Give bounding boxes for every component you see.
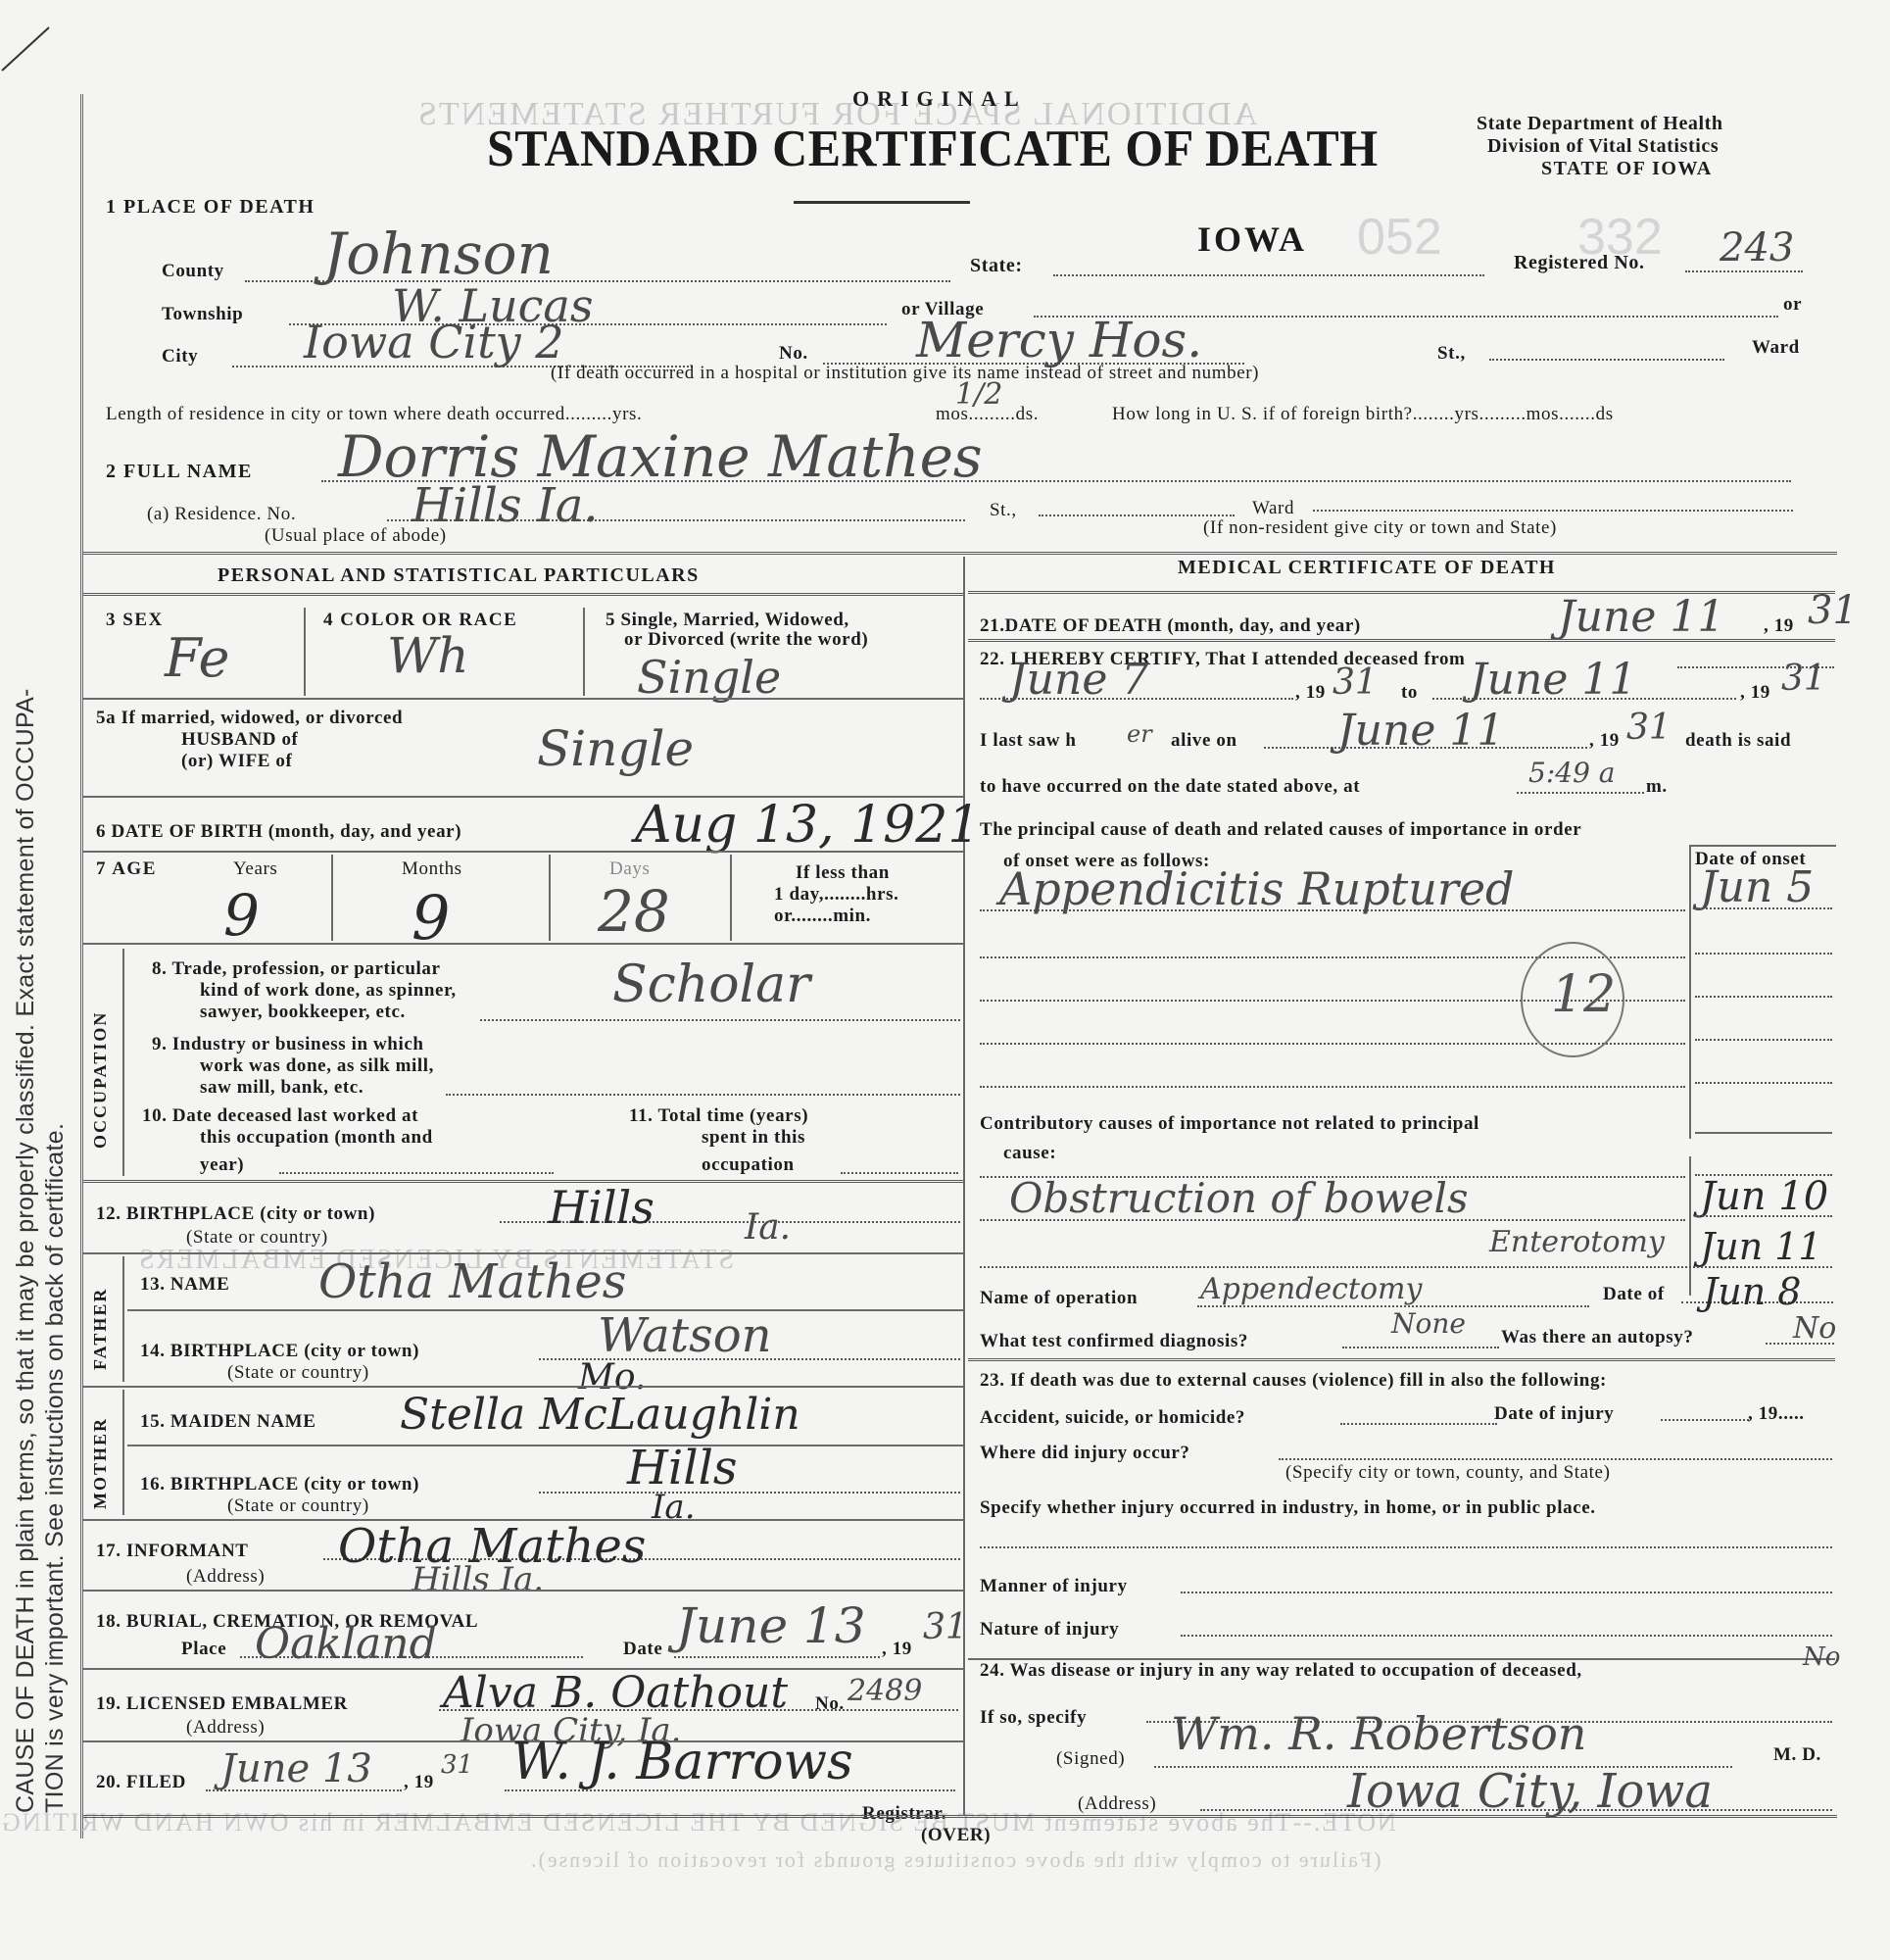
principal-cause-label-1: The principal cause of death and related… xyxy=(980,819,1581,841)
contributory-label-1: Contributory causes of importance not re… xyxy=(980,1113,1479,1135)
residence-ward-label: Ward xyxy=(1252,498,1294,519)
age-days-label: Days xyxy=(609,858,650,880)
where-injury-label: Where did injury occur? xyxy=(980,1443,1190,1464)
rule-after-informant xyxy=(83,1590,963,1592)
contributory-onset-line-2 xyxy=(1695,1215,1832,1217)
mother-side-label: MOTHER xyxy=(90,1417,111,1509)
last-saw-year-prefix: , 19 xyxy=(1589,730,1620,752)
less-than-label-1: If less than xyxy=(796,862,890,884)
age-years-label: Years xyxy=(233,858,277,880)
to-label: to xyxy=(1401,682,1418,704)
q8-field-line xyxy=(480,1019,960,1021)
burial-year-prefix: , 19 xyxy=(882,1639,912,1660)
rule-after-father xyxy=(83,1386,963,1388)
mother-birthplace-label: 16. BIRTHPLACE (city or town) xyxy=(140,1474,419,1495)
contributory-cause-1[interactable]: Obstruction of bowels xyxy=(1009,1174,1469,1222)
principal-onset-value[interactable]: Jun 5 xyxy=(1700,862,1814,912)
onset-column-divider xyxy=(1689,845,1691,1139)
injury-date-field-line xyxy=(1661,1419,1749,1421)
occupation-side-label: OCCUPATION xyxy=(90,1011,111,1149)
form-bottom-rule xyxy=(83,1815,1837,1818)
where-injury-field-line xyxy=(1279,1458,1832,1460)
registered-no-value[interactable]: 243 xyxy=(1720,225,1794,270)
burial-date-value[interactable]: June 13 xyxy=(676,1597,866,1654)
rule-after-occupation xyxy=(83,1180,963,1183)
medical-heading: MEDICAL CERTIFICATE OF DEATH xyxy=(1178,557,1556,579)
hospital-note: (If death occurred in a hospital or inst… xyxy=(551,363,1259,384)
operation-date-label: Date of xyxy=(1603,1284,1665,1305)
physician-address-value[interactable]: Iowa City, Iowa xyxy=(1347,1764,1713,1819)
embalmer-no-label: No. xyxy=(815,1693,845,1715)
autopsy-label: Was there an autopsy? xyxy=(1501,1327,1693,1348)
contributory-onset-2[interactable]: Jun 11 xyxy=(1700,1225,1822,1268)
residence-length-label: Length of residence in city or town wher… xyxy=(106,404,642,425)
time-field-line xyxy=(1517,792,1644,794)
informant-address-label: (Address) xyxy=(186,1566,265,1588)
contributory-onset-rule xyxy=(1695,1132,1832,1134)
physician-address-label: (Address) xyxy=(1078,1793,1156,1815)
mother-birthplace-field-line xyxy=(539,1492,960,1494)
to-year-prefix: , 19 xyxy=(1740,682,1770,704)
onset-line-3 xyxy=(1695,996,1832,998)
form-left-border xyxy=(80,94,83,1838)
onset-line-1 xyxy=(1695,907,1832,909)
age-label: 7 AGE xyxy=(96,858,157,880)
state-iowa-stamp: IOWA xyxy=(1197,219,1307,260)
from-year-prefix: , 19 xyxy=(1295,682,1326,704)
death-said-label: death is said xyxy=(1685,730,1791,752)
cause-line-1 xyxy=(980,909,1685,911)
state-label: State: xyxy=(970,255,1023,277)
contributory-onset-1[interactable]: Jun 10 xyxy=(1700,1174,1828,1219)
or-label: or xyxy=(1783,294,1802,316)
dod-value[interactable]: June 11 xyxy=(1558,592,1724,642)
specify-place-field-line xyxy=(980,1546,1832,1548)
race-value[interactable]: Wh xyxy=(387,627,469,684)
onset-column-divider-2 xyxy=(1689,1156,1691,1296)
last-saw-label: I last saw h xyxy=(980,730,1077,752)
test-value[interactable]: None xyxy=(1391,1307,1466,1340)
nature-injury-label: Nature of injury xyxy=(980,1619,1119,1641)
birthplace-city-value[interactable]: Hills xyxy=(549,1181,654,1234)
q9-line3: saw mill, bank, etc. xyxy=(200,1077,363,1099)
q11-line3: occupation xyxy=(702,1154,795,1176)
residence-ward-field-line xyxy=(1313,510,1793,512)
filed-label: 20. FILED xyxy=(96,1772,186,1793)
q11-line1: 11. Total time (years) xyxy=(629,1105,808,1127)
bleed-through-footer2: (Failure to comply with the above consti… xyxy=(529,1847,1381,1873)
burial-place-label: Place xyxy=(181,1639,226,1660)
operation-value[interactable]: Appendectomy xyxy=(1200,1272,1422,1306)
dod-year-prefix: , 19 xyxy=(1764,615,1794,637)
accident-field-line xyxy=(1340,1423,1497,1425)
corner-pen-mark xyxy=(0,20,59,78)
mother-side-divider xyxy=(122,1390,124,1515)
age-divider-1 xyxy=(331,855,333,941)
registrar-signature[interactable]: W. J. Barrows xyxy=(511,1733,853,1791)
age-days-value[interactable]: 28 xyxy=(598,878,670,945)
manner-injury-label: Manner of injury xyxy=(980,1576,1128,1597)
q9-line1: 9. Industry or business in which xyxy=(152,1034,424,1055)
foreign-birth-label: How long in U. S. if of foreign birth?..… xyxy=(1112,404,1614,425)
filed-year-value[interactable]: 31 xyxy=(441,1750,473,1780)
contributory-cause-2[interactable]: Enterotomy xyxy=(1489,1225,1665,1259)
cause-line-5 xyxy=(980,1086,1685,1088)
filed-year-prefix: , 19 xyxy=(404,1772,434,1793)
dod-label: 21.DATE OF DEATH (month, day, and year) xyxy=(980,615,1361,637)
q11-field-line xyxy=(841,1172,958,1174)
original-label: ORIGINAL xyxy=(852,86,1027,112)
accident-label: Accident, suicide, or homicide? xyxy=(980,1407,1245,1429)
dept-line3: STATE OF IOWA xyxy=(1541,158,1713,180)
occupation-related-label: 24. Was disease or injury in any way rel… xyxy=(980,1660,1582,1682)
circled-code-value: 12 xyxy=(1551,965,1616,1024)
race-marital-divider xyxy=(583,608,585,696)
signed-label: (Signed) xyxy=(1056,1748,1125,1770)
father-birthplace-label: 14. BIRTHPLACE (city or town) xyxy=(140,1341,419,1362)
rule-after-age xyxy=(83,943,963,945)
institution-value[interactable]: Mercy Hos. xyxy=(916,312,1202,368)
county-value[interactable]: Johnson xyxy=(323,220,554,287)
burial-date-label: Date xyxy=(623,1639,662,1660)
full-name-label: 2 FULL NAME xyxy=(106,461,253,483)
registrar-label: Registrar. xyxy=(862,1803,946,1825)
onset-line-4 xyxy=(1695,1039,1832,1041)
dob-label: 6 DATE OF BIRTH (month, day, and year) xyxy=(96,821,461,843)
specify-place-label: Specify whether injury occurred in indus… xyxy=(980,1497,1596,1519)
q9-line2: work was done, as silk mill, xyxy=(200,1055,434,1077)
onset-header-rule xyxy=(1689,845,1836,847)
place-of-death-label: 1 PLACE OF DEATH xyxy=(106,196,315,219)
sex-race-divider xyxy=(304,608,306,696)
time-value[interactable]: 5:49 a xyxy=(1528,757,1615,789)
occupation-side-divider xyxy=(122,949,124,1176)
ward-label: Ward xyxy=(1752,337,1800,359)
personal-heading: PERSONAL AND STATISTICAL PARTICULARS xyxy=(218,564,700,587)
less-than-label-2: 1 day,........hrs. xyxy=(774,884,898,906)
county-label: County xyxy=(162,261,224,282)
section-divider xyxy=(83,552,1837,555)
test-field-line xyxy=(1342,1347,1499,1348)
mother-maiden-label: 15. MAIDEN NAME xyxy=(140,1411,315,1433)
street-label: St., xyxy=(1437,343,1466,365)
burial-year-value[interactable]: 31 xyxy=(923,1607,968,1647)
informant-address-value[interactable]: Hills Ia. xyxy=(412,1560,544,1599)
margin-note-line2: TION is very important. See instructions… xyxy=(41,1123,70,1813)
sex-value[interactable]: Fe xyxy=(165,627,229,689)
mother-maiden-value[interactable]: Stella McLaughlin xyxy=(400,1390,800,1440)
residence-mos-ds-label: mos.........ds. xyxy=(936,404,1039,425)
street-field-line xyxy=(1489,359,1724,361)
faint-stamp-number-1: 052 xyxy=(1357,208,1442,267)
age-years-value[interactable]: 9 xyxy=(223,882,260,949)
title-underline xyxy=(794,201,970,204)
q9-field-line xyxy=(446,1094,960,1096)
sex-label: 3 SEX xyxy=(106,610,164,631)
occurred-at-label: to have occurred on the date stated abov… xyxy=(980,776,1360,798)
onset-line-2 xyxy=(1695,953,1832,955)
spouse-value[interactable]: Single xyxy=(537,720,694,777)
embalmer-no-value[interactable]: 2489 xyxy=(848,1674,922,1708)
injury-year-label: , 19..... xyxy=(1748,1403,1805,1425)
operation-date-value[interactable]: Jun 8 xyxy=(1703,1270,1801,1313)
margin-note-line1: CAUSE OF DEATH in plain terms, so that i… xyxy=(12,688,40,1813)
occupation-related-value[interactable]: No xyxy=(1803,1642,1840,1672)
q10-line2: this occupation (month and xyxy=(200,1127,433,1149)
abode-note: (Usual place of abode) xyxy=(265,525,447,547)
informant-label: 17. INFORMANT xyxy=(96,1541,249,1562)
nonresident-note: (If non-resident give city or town and S… xyxy=(1203,517,1557,539)
age-divider-2 xyxy=(549,855,551,941)
nature-injury-field-line xyxy=(1181,1635,1832,1637)
last-saw-year[interactable]: 31 xyxy=(1626,708,1672,748)
last-saw-pronoun[interactable]: er xyxy=(1127,720,1152,748)
state-field-line xyxy=(1053,274,1484,276)
q8-line1: 8. Trade, profession, or particular xyxy=(152,958,441,980)
q10-line3: year) xyxy=(200,1154,244,1176)
over-label: (OVER) xyxy=(921,1825,991,1846)
injury-date-label: Date of injury xyxy=(1494,1403,1614,1425)
residence-label: (a) Residence. No. xyxy=(147,504,296,525)
spouse-label-1: 5a If married, widowed, or divorced xyxy=(96,708,403,729)
city-value[interactable]: Iowa City 2 xyxy=(304,316,564,368)
occupation-value[interactable]: Scholar xyxy=(612,955,810,1014)
registered-field-line xyxy=(1685,270,1803,272)
father-name-value[interactable]: Otha Mathes xyxy=(318,1254,626,1309)
personal-heading-rule xyxy=(83,593,963,596)
marital-label-1: 5 Single, Married, Widowed, xyxy=(606,610,849,631)
residence-st-label: St., xyxy=(990,500,1017,521)
rule-after-sex xyxy=(83,698,963,700)
spouse-label-2: HUSBAND of xyxy=(181,729,298,751)
q11-line2: spent in this xyxy=(702,1127,805,1149)
burial-date-field-line xyxy=(674,1656,880,1658)
if-so-label: If so, specify xyxy=(980,1707,1087,1729)
certificate-title: STANDARD CERTIFICATE OF DEATH xyxy=(487,119,1379,178)
father-birthplace-sublabel: (State or country) xyxy=(227,1362,369,1384)
father-side-label: FATHER xyxy=(90,1288,111,1370)
attended-to-value[interactable]: June 11 xyxy=(1470,655,1636,705)
to-year[interactable]: 31 xyxy=(1781,659,1826,699)
rule-after-dob xyxy=(83,851,963,853)
street-no-label: No. xyxy=(779,343,808,365)
filed-date-value[interactable]: June 13 xyxy=(220,1746,372,1791)
spouse-label-3: (or) WIFE of xyxy=(181,751,292,772)
birthplace-state-value[interactable]: Ia. xyxy=(745,1207,791,1248)
burial-place-value[interactable]: Oakland xyxy=(255,1619,437,1669)
autopsy-value[interactable]: No xyxy=(1793,1311,1836,1346)
physician-signature[interactable]: Wm. R. Robertson xyxy=(1171,1707,1586,1760)
age-divider-3 xyxy=(730,855,732,941)
test-label: What test confirmed diagnosis? xyxy=(980,1331,1248,1352)
attended-from-value[interactable]: June 7 xyxy=(1009,655,1148,705)
dept-line2: Division of Vital Statistics xyxy=(1487,135,1719,158)
rule-after-mother-name xyxy=(127,1445,963,1446)
q10-line1: 10. Date deceased last worked at xyxy=(142,1105,418,1127)
mother-birthplace-sublabel: (State or country) xyxy=(227,1495,369,1517)
rule-after-father-name xyxy=(127,1309,963,1311)
operation-label: Name of operation xyxy=(980,1288,1138,1309)
md-label: M. D. xyxy=(1773,1744,1821,1766)
rule-before-external xyxy=(968,1358,1835,1361)
age-months-label: Months xyxy=(402,858,462,880)
father-name-label: 13. NAME xyxy=(140,1274,229,1296)
registered-no-label: Registered No. xyxy=(1514,252,1645,274)
where-injury-note: (Specify city or town, county, and State… xyxy=(1285,1462,1611,1484)
embalmer-address-label: (Address) xyxy=(186,1717,265,1739)
q8-line2: kind of work done, as spinner, xyxy=(200,980,457,1002)
dob-value[interactable]: Aug 13, 1921 xyxy=(635,796,980,855)
marital-value[interactable]: Single xyxy=(637,651,781,704)
embalmer-label: 19. LICENSED EMBALMER xyxy=(96,1693,348,1715)
contributory-line-2 xyxy=(980,1219,1685,1221)
marital-label-2: or Divorced (write the word) xyxy=(624,629,868,651)
contributory-label-2: cause: xyxy=(1003,1143,1056,1164)
city-label: City xyxy=(162,346,198,367)
manner-injury-field-line xyxy=(1181,1592,1832,1593)
birthplace-sublabel: (State or country) xyxy=(186,1227,328,1249)
q8-line3: sawyer, bookkeeper, etc. xyxy=(200,1002,406,1023)
less-than-label-3: or........min. xyxy=(774,906,871,927)
township-label: Township xyxy=(162,304,243,325)
father-side-divider xyxy=(122,1256,124,1382)
last-saw-value[interactable]: June 11 xyxy=(1337,706,1504,756)
q10-field-line xyxy=(279,1172,554,1174)
dod-year[interactable]: 31 xyxy=(1808,588,1858,633)
m-label: m. xyxy=(1646,776,1668,798)
from-year[interactable]: 31 xyxy=(1333,662,1378,703)
external-causes-label: 23. If death was due to external causes … xyxy=(980,1370,1607,1392)
alive-on-label: alive on xyxy=(1171,730,1237,752)
principal-cause-value[interactable]: Appendicitis Ruptured xyxy=(999,862,1515,915)
bleed-through-footer1: NOTE.--The above statement MUST BE SIGNE… xyxy=(0,1808,1396,1837)
father-birthplace-city[interactable]: Watson xyxy=(598,1308,772,1363)
onset-line-5 xyxy=(1695,1082,1832,1084)
dept-line1: State Department of Health xyxy=(1477,113,1723,135)
contributory-line-3 xyxy=(980,1266,1832,1268)
mother-birthplace-state[interactable]: Ia. xyxy=(652,1488,696,1527)
residence-st-field-line xyxy=(1039,514,1235,516)
rule-after-dod xyxy=(968,639,1835,642)
birthplace-label: 12. BIRTHPLACE (city or town) xyxy=(96,1203,375,1225)
